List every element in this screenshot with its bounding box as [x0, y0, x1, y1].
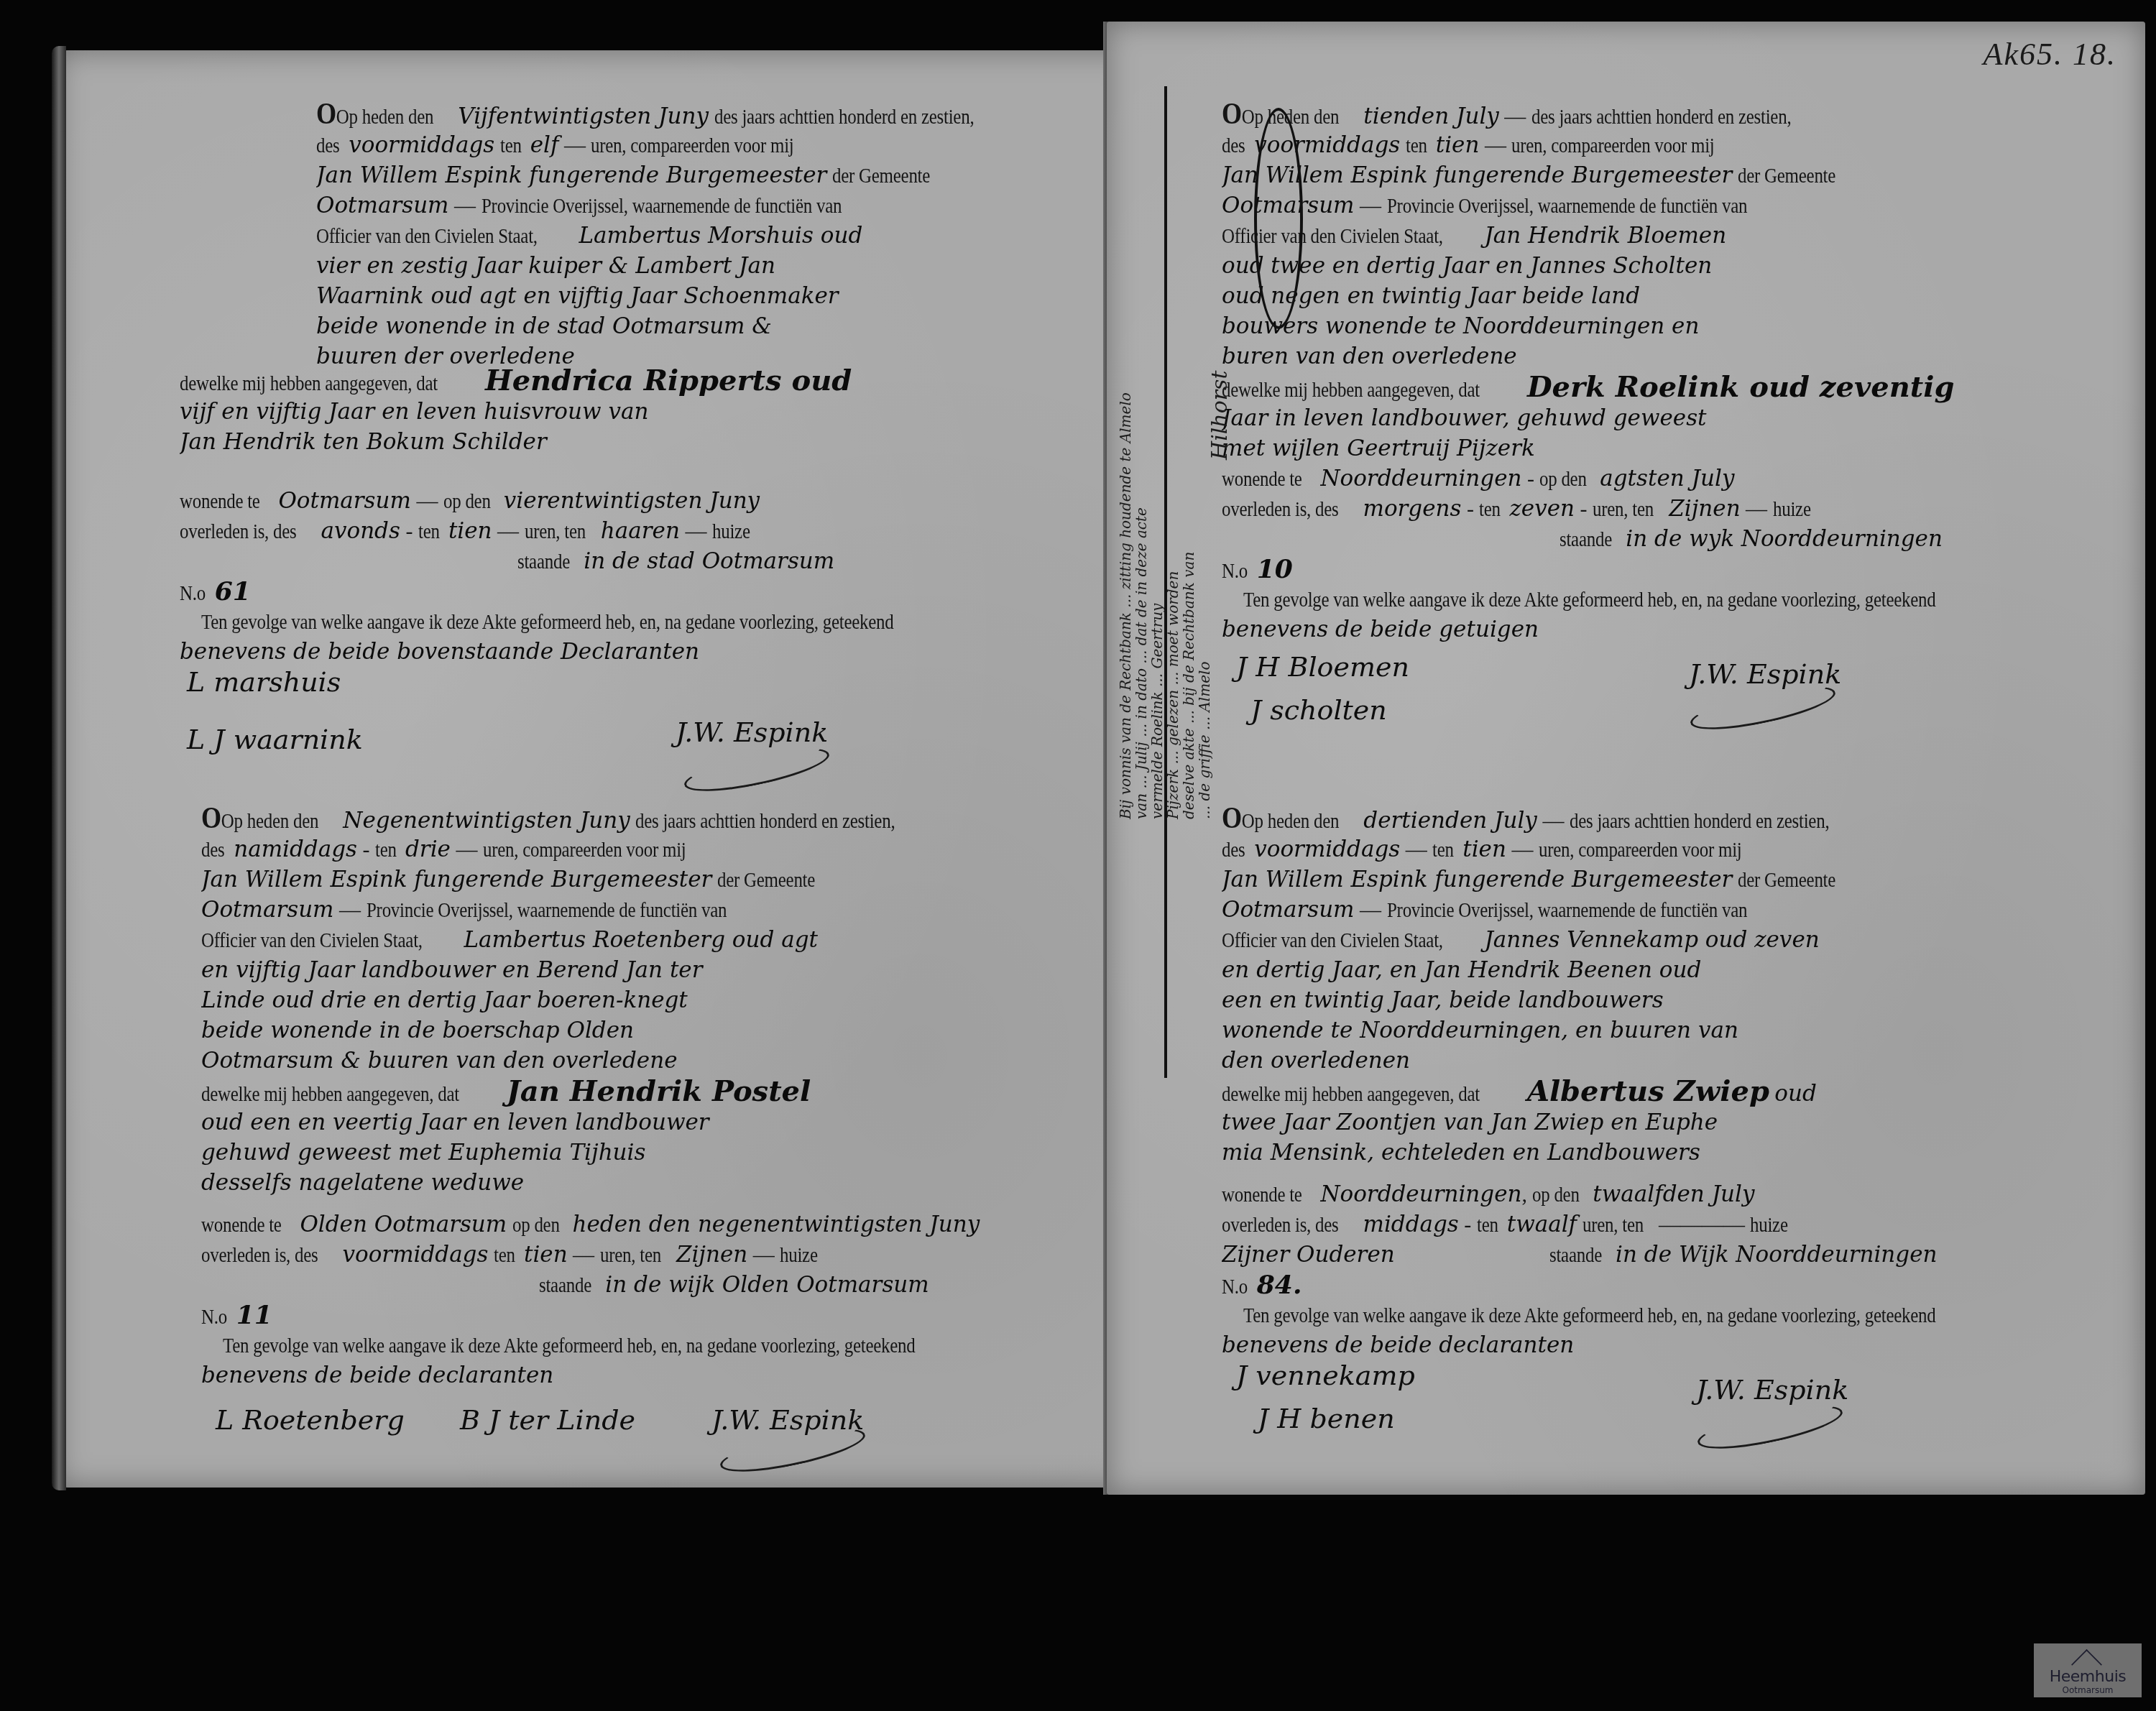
closing-line: Ten gevolge van welke aangave ik deze Ak… — [201, 1332, 1042, 1362]
record-daypart: namiddags — [234, 836, 357, 862]
official-signature: J.W. Espink — [676, 719, 828, 747]
margin-ink-loop — [1254, 108, 1303, 329]
printed-uren-ten: uren, ten — [1583, 1212, 1644, 1240]
margin-signature: Hilhorst — [1212, 29, 1228, 819]
printed-staande: staande — [517, 548, 570, 576]
printed-closing: Ten gevolge van welke aangave ik deze Ak… — [223, 1332, 916, 1360]
declarant-line: oud twee en dertig Jaar en Jannes Scholt… — [1222, 252, 2034, 282]
printed-op-den: op den — [512, 1212, 560, 1240]
printed-year: des jaars achttien honderd en zestien, — [635, 808, 895, 836]
act-number-line: N.o 61 — [180, 578, 1056, 608]
house-of: Zijnen — [676, 1242, 747, 1268]
residence: Noorddeurningen — [1320, 466, 1521, 492]
printed-declared: dewelke mij hebben aangegeven, dat — [201, 1081, 459, 1109]
residence-line: wonende te Noorddeurningen, op den twaal… — [1222, 1181, 2034, 1211]
printed-no: N.o — [180, 580, 206, 608]
residence-line: wonende te Noorddeurningen - op den agts… — [1222, 465, 2034, 495]
form-line-2: des voormiddags — ten tien — uren, compa… — [1222, 836, 2034, 866]
closing-line: Ten gevolge van welke aangave ik deze Ak… — [1222, 586, 2034, 616]
declarant-line: Ootmarsum & buuren van den overledene — [201, 1047, 1042, 1077]
printed-overleden: overleden is, des — [180, 518, 297, 546]
signature-block: J vennekamp J H benen J.W. Espink — [1222, 1362, 2034, 1484]
printed-huize: huize — [780, 1242, 818, 1270]
form-line-1: OOp heden den Negenentwintigsten Juny de… — [201, 805, 1042, 836]
printed-closing: Ten gevolge van welke aangave ik deze Ak… — [201, 609, 894, 637]
form-line-2: des voormiddags ten elf — uren, comparee… — [316, 132, 1035, 162]
signature-block: L Roetenberg B J ter Linde J.W. Espink — [201, 1392, 1042, 1514]
printed-officier: Officier van den Civielen Staat, — [316, 223, 538, 251]
margin-line: Bij vonnis van de Rechtbank ... zitting … — [1118, 29, 1133, 819]
printed-ten: ten — [500, 132, 522, 160]
printed-staande: staande — [1549, 1242, 1602, 1270]
printed-compareerden: uren, compareerden voor mij — [1511, 132, 1715, 160]
declarant-line: een en twintig Jaar, beide landbouwers — [1222, 987, 2034, 1017]
printed-year: des jaars achttien honderd en zestien, — [714, 103, 974, 132]
municipality: Ootmarsum — [1222, 897, 1355, 923]
printed-huize: huize — [1750, 1212, 1788, 1240]
printed-declared: dewelke mij hebben aangegeven, dat — [1222, 377, 1480, 405]
record-date: dertienden July — [1363, 808, 1537, 834]
form-line-3: Jan Willem Espink fungerende Burgemeeste… — [316, 162, 1035, 192]
form-line-5: Officier van den Civielen Staat, Lambert… — [316, 222, 1035, 252]
municipality: Ootmarsum — [316, 193, 449, 218]
residence: Noorddeurningen — [1320, 1181, 1521, 1207]
margin-line: deselve akte ... bij de Rechtbank van — [1181, 29, 1197, 819]
printed-wonende: wonende te — [1222, 466, 1302, 494]
record-daypart: voormiddags — [1254, 836, 1400, 862]
printed-op-heden: Op heden den — [221, 810, 318, 833]
municipality: Ootmarsum — [201, 897, 334, 923]
form-line-4: Ootmarsum — Provincie Overijssel, waarne… — [316, 192, 1035, 222]
signed-with: benevens de beide declaranten — [1222, 1332, 2034, 1362]
printed-huize: huize — [1773, 496, 1811, 524]
printed-provincie: Provincie Overijssel, waarnemende de fun… — [367, 897, 727, 925]
printed-ten: ten — [1432, 836, 1454, 864]
residence-line: wonende te Ootmarsum — op den vierentwin… — [180, 487, 1056, 517]
form-line-4: Ootmarsum — Provincie Overijssel, waarne… — [1222, 192, 2034, 222]
act-number-line: N.o 11 — [201, 1301, 1042, 1332]
printed-des: des — [1222, 836, 1245, 864]
death-date: twaalfden July — [1593, 1181, 1754, 1207]
left-page: OOp heden den Vijfentwintigsten Juny des… — [57, 50, 1135, 1488]
death-date: heden den negenentwintigsten Juny — [573, 1212, 980, 1237]
signature: J scholten — [1250, 696, 1387, 724]
declarant-line: wonende te Noorddeurningen, en buuren va… — [1222, 1017, 2034, 1047]
death-date: vierentwintigsten Juny — [504, 488, 760, 514]
deceased-detail: gehuwd geweest met Euphemia Tijhuis — [201, 1139, 1042, 1169]
declared-line: dewelke mij hebben aangegeven, dat Jan H… — [201, 1077, 1042, 1109]
page-reference: Ak65. 18. — [1984, 36, 2116, 73]
form-line-5: Officier van den Civielen Staat, Jannes … — [1222, 926, 2034, 956]
death-hour: twaalf — [1507, 1212, 1577, 1237]
house-of: Zijner Ouderen — [1222, 1242, 1395, 1268]
deceased-detail: Jaar in leven landbouwer, gehuwd geweest — [1222, 405, 2034, 435]
death-record-right-1: OOp heden den tienden July — des jaars a… — [1222, 101, 2034, 768]
printed-closing: Ten gevolge van welke aangave ik deze Ak… — [1243, 586, 1936, 614]
printed-op-heden: Op heden den — [336, 106, 433, 129]
printed-closing: Ten gevolge van welke aangave ik deze Ak… — [1243, 1302, 1936, 1330]
deceased-detail: Jan Hendrik ten Bokum Schilder — [180, 428, 1056, 458]
deceased-detail: mia Mensink, echteleden en Landbouwers — [1222, 1139, 2034, 1169]
deceased-detail: twee Jaar Zoontjen van Jan Zwiep en Euph… — [1222, 1109, 2034, 1139]
declarant-line: vier en zestig Jaar kuiper & Lambert Jan — [316, 252, 1035, 282]
signature-block: J H Bloemen J scholten J.W. Espink — [1222, 646, 2034, 768]
signed-with: benevens de beide bovenstaande Declarant… — [180, 638, 1056, 668]
signed-with: benevens de beide declaranten — [201, 1362, 1042, 1392]
printed-year: des jaars achttien honderd en zestien, — [1570, 808, 1829, 836]
printed-gemeente: der Gemeente — [717, 867, 815, 895]
declarant-line: oud negen en twintig Jaar beide land — [1222, 282, 2034, 313]
signature: L J waarnink — [187, 726, 363, 754]
printed-uren-ten: uren, ten — [600, 1242, 661, 1270]
signed-with: benevens de beide getuigen — [1222, 616, 2034, 646]
margin-line: van ... Julij ... in dato ... dat de in … — [1133, 29, 1149, 819]
margin-ink-line — [1164, 86, 1167, 1078]
declarant-line: beide wonende in de boerschap Olden — [201, 1017, 1042, 1047]
printed-gemeente: der Gemeente — [832, 162, 930, 190]
official-name: Jan Willem Espink fungerende Burgemeeste… — [1222, 867, 1732, 893]
form-line-5: Officier van den Civielen Staat, Jan Hen… — [1222, 222, 2034, 252]
printed-ten: ten — [1477, 1212, 1498, 1240]
form-line-1: OOp heden den tienden July — des jaars a… — [1222, 101, 2034, 132]
printed-wonende: wonende te — [201, 1212, 282, 1240]
printed-declared: dewelke mij hebben aangegeven, dat — [180, 370, 438, 398]
form-line-1: OOp heden den Vijfentwintigsten Juny des… — [316, 101, 1035, 132]
printed-gemeente: der Gemeente — [1738, 867, 1835, 895]
declarant-line: bouwers wonende te Noorddeurningen en — [1222, 313, 2034, 343]
location: in de wijk Olden Ootmarsum — [605, 1272, 929, 1298]
logo-subtitle: Ootmarsum — [2034, 1685, 2142, 1695]
declarant-line: Waarnink oud agt en vijftig Jaar Schoenm… — [316, 282, 1035, 313]
official-name: Jan Willem Espink fungerende Burgemeeste… — [316, 162, 826, 188]
printed-officier: Officier van den Civielen Staat, — [201, 927, 423, 955]
signature: B J ter Linde — [460, 1406, 635, 1434]
declarant-line: Jannes Vennekamp oud zeven — [1484, 927, 1819, 953]
location: in de stad Ootmarsum — [584, 548, 834, 574]
declarant-line: Jan Hendrik Bloemen — [1484, 223, 1726, 249]
house-of: Zijnen — [1669, 496, 1740, 522]
deceased-name: Derk Roelink oud zeventig — [1527, 373, 1955, 404]
printed-ten: ten — [1479, 496, 1501, 524]
printed-huize: huize — [712, 518, 750, 546]
death-daypart: voormiddags — [342, 1242, 488, 1268]
printed-provincie: Provincie Overijssel, waarnemende de fun… — [1387, 897, 1747, 925]
printed-provincie: Provincie Overijssel, waarnemende de fun… — [482, 193, 842, 221]
death-record-left-2: OOp heden den Negenentwintigsten Juny de… — [201, 805, 1042, 1514]
margin-line: Pijzerk ... gelezen ... moet worden — [1165, 29, 1181, 819]
death-daypart: middags — [1363, 1212, 1458, 1237]
signature: J vennekamp — [1236, 1362, 1415, 1390]
record-hour: elf — [530, 132, 559, 158]
death-record-left-1-body: dewelke mij hebben aangegeven, dat Hendr… — [180, 366, 1056, 790]
declarant-line: Lambertus Roetenberg oud agt — [464, 927, 818, 953]
printed-provincie: Provincie Overijssel, waarnemende de fun… — [1387, 193, 1747, 221]
form-line-5: Officier van den Civielen Staat, Lambert… — [201, 926, 1042, 956]
form-line-3: Jan Willem Espink fungerende Burgemeeste… — [201, 866, 1042, 896]
deceased-detail: desselfs nagelatene weduwe — [201, 1169, 1042, 1199]
act-number: 61 — [215, 578, 251, 607]
death-time-line: overleden is, des morgens - ten zeven - … — [1222, 495, 2034, 525]
death-record-left-1: OOp heden den Vijfentwintigsten Juny des… — [316, 101, 1035, 373]
logo-name: Heemhuis — [2034, 1668, 2142, 1686]
record-date: Vijfentwintigsten Juny — [458, 103, 709, 129]
declarant-line: en dertig Jaar, en Jan Hendrik Beenen ou… — [1222, 956, 2034, 987]
death-time-line: overleden is, des avonds - ten tien — ur… — [180, 517, 1056, 548]
death-daypart: avonds — [321, 518, 400, 544]
printed-compareerden: uren, compareerden voor mij — [1539, 836, 1742, 864]
form-line-3: Jan Willem Espink fungerende Burgemeeste… — [1222, 162, 2034, 192]
act-number: 11 — [236, 1301, 272, 1330]
declared-line: dewelke mij hebben aangegeven, dat Derk … — [1222, 373, 2034, 405]
printed-overleden: overleden is, des — [1222, 1212, 1339, 1240]
location: in de Wijk Noorddeurningen — [1616, 1242, 1937, 1268]
printed-ten: ten — [418, 518, 440, 546]
printed-wonende: wonende te — [180, 488, 260, 516]
death-record-right-2: OOp heden den dertienden July — des jaar… — [1222, 805, 2034, 1484]
record-hour: drie — [405, 836, 451, 862]
death-hour: tien — [524, 1242, 568, 1268]
death-time-line: overleden is, des middags - ten twaalf u… — [1222, 1211, 2034, 1241]
location-line: staande in de stad Ootmarsum — [180, 548, 1056, 578]
printed-staande: staande — [539, 1272, 591, 1300]
residence-line: wonende te Olden Ootmarsum op den heden … — [201, 1211, 1042, 1241]
death-hour: tien — [448, 518, 492, 544]
record-date: Negenentwintigsten Juny — [343, 808, 630, 834]
margin-line: vermelde Roelink ... Geertruy — [1149, 29, 1165, 819]
death-date: agtsten July — [1600, 466, 1734, 492]
signature: L marshuis — [187, 668, 341, 696]
record-daypart: voormiddags — [349, 132, 494, 158]
declared-line: dewelke mij hebben aangegeven, dat Alber… — [1222, 1077, 2034, 1109]
official-signature: J.W. Espink — [1696, 1376, 1848, 1404]
form-line-2: des namiddags - ten drie — uren, compare… — [201, 836, 1042, 866]
deceased-detail: met wijlen Geertruij Pijzerk — [1222, 435, 2034, 465]
printed-officier: Officier van den Civielen Staat, — [1222, 927, 1443, 955]
printed-op-den: op den — [443, 488, 491, 516]
declarant-line: den overledenen — [1222, 1047, 2034, 1077]
signature-block: L marshuis L J waarnink J.W. Espink — [180, 668, 1056, 790]
printed-no: N.o — [1222, 1273, 1248, 1301]
declarant-line: Lambertus Morshuis oud — [579, 223, 862, 249]
printed-gemeente: der Gemeente — [1738, 162, 1835, 190]
closing-line: Ten gevolge van welke aangave ik deze Ak… — [1222, 1301, 2034, 1332]
form-line-4: Ootmarsum — Provincie Overijssel, waarne… — [201, 896, 1042, 926]
printed-des: des — [316, 132, 339, 160]
signature-flourish — [681, 739, 832, 800]
printed-compareerden: uren, compareerden voor mij — [483, 836, 686, 864]
printed-overleden: overleden is, des — [1222, 496, 1339, 524]
printed-ten: ten — [494, 1242, 515, 1270]
act-number: 10 — [1257, 555, 1293, 584]
form-line-3: Jan Willem Espink fungerende Burgemeeste… — [1222, 866, 2034, 896]
signature: L Roetenberg — [216, 1406, 405, 1434]
location-line: staande in de wijk Olden Ootmarsum — [201, 1271, 1042, 1301]
deceased-name: Albertus Zwiep — [1527, 1077, 1769, 1108]
printed-op-den: op den — [1532, 1181, 1580, 1209]
printed-compareerden: uren, compareerden voor mij — [591, 132, 794, 160]
signature: J H Bloemen — [1236, 653, 1409, 681]
location-line: Zijner Ouderen staande in de Wijk Noordd… — [1222, 1241, 2034, 1271]
declarant-line: en vijftig Jaar landbouwer en Berend Jan… — [201, 956, 1042, 987]
location: in de wyk Noorddeurningen — [1626, 526, 1943, 552]
record-date: tienden July — [1363, 103, 1499, 129]
deceased-detail: oud een en veertig Jaar en leven landbou… — [201, 1109, 1042, 1139]
printed-staande: staande — [1560, 526, 1612, 554]
location-line: staande in de wyk Noorddeurningen — [1222, 525, 2034, 555]
official-name: Jan Willem Espink fungerende Burgemeeste… — [201, 867, 711, 893]
printed-year: des jaars achttien honderd en zestien, — [1531, 103, 1791, 132]
printed-wonende: wonende te — [1222, 1181, 1302, 1209]
form-line-1: OOp heden den dertienden July — des jaar… — [1222, 805, 2034, 836]
official-signature: J.W. Espink — [1689, 660, 1841, 688]
printed-ten: ten — [375, 836, 397, 864]
death-time-line: overleden is, des voormiddags ten tien —… — [201, 1241, 1042, 1271]
printed-op-den: op den — [1539, 466, 1587, 494]
residence: Olden Ootmarsum — [300, 1212, 507, 1237]
act-number-line: N.o 84. — [1222, 1271, 2034, 1301]
signature: J H benen — [1258, 1405, 1395, 1433]
declarant-line: Linde oud drie en dertig Jaar boeren-kne… — [201, 987, 1042, 1017]
deceased-detail: vijf en vijftig Jaar en leven huisvrouw … — [180, 398, 1056, 428]
declared-line: dewelke mij hebben aangegeven, dat Hendr… — [180, 366, 1056, 398]
deceased-detail: oud — [1774, 1081, 1816, 1107]
record-hour: tien — [1462, 836, 1506, 862]
printed-no: N.o — [201, 1304, 227, 1332]
declarant-line: buren van den overledene — [1222, 343, 2034, 373]
signature-flourish — [1695, 1397, 1846, 1457]
printed-overleden: overleden is, des — [201, 1242, 318, 1270]
printed-uren-ten: uren, ten — [525, 518, 586, 546]
death-hour: zeven — [1509, 496, 1575, 522]
closing-line: Ten gevolge van welke aangave ik deze Ak… — [180, 608, 1056, 638]
heemhuis-logo: Heemhuis Ootmarsum — [2034, 1643, 2142, 1697]
printed-op-heden: Op heden den — [1242, 810, 1339, 833]
death-daypart: morgens — [1363, 496, 1461, 522]
declarant-line: beide wonende in de stad Ootmarsum & — [316, 313, 1035, 343]
house-of: haaren — [601, 518, 680, 544]
printed-des: des — [201, 836, 224, 864]
form-line-2: des voormiddags ten tien — uren, compare… — [1222, 132, 2034, 162]
residence: Ootmarsum — [278, 488, 411, 514]
printed-uren-ten: uren, ten — [1593, 496, 1654, 524]
printed-ten: ten — [1406, 132, 1427, 160]
act-number: 84. — [1257, 1271, 1302, 1300]
margin-annotation: Bij vonnis van de Rechtbank ... zitting … — [1118, 29, 1225, 826]
record-hour: tien — [1436, 132, 1480, 158]
printed-declared: dewelke mij hebben aangegeven, dat — [1222, 1081, 1480, 1109]
form-line-4: Ootmarsum — Provincie Overijssel, waarne… — [1222, 896, 2034, 926]
act-number-line: N.o 10 — [1222, 555, 2034, 586]
deceased-name: Hendrica Ripperts oud — [485, 366, 852, 397]
deceased-name: Jan Hendrik Postel — [507, 1077, 811, 1108]
